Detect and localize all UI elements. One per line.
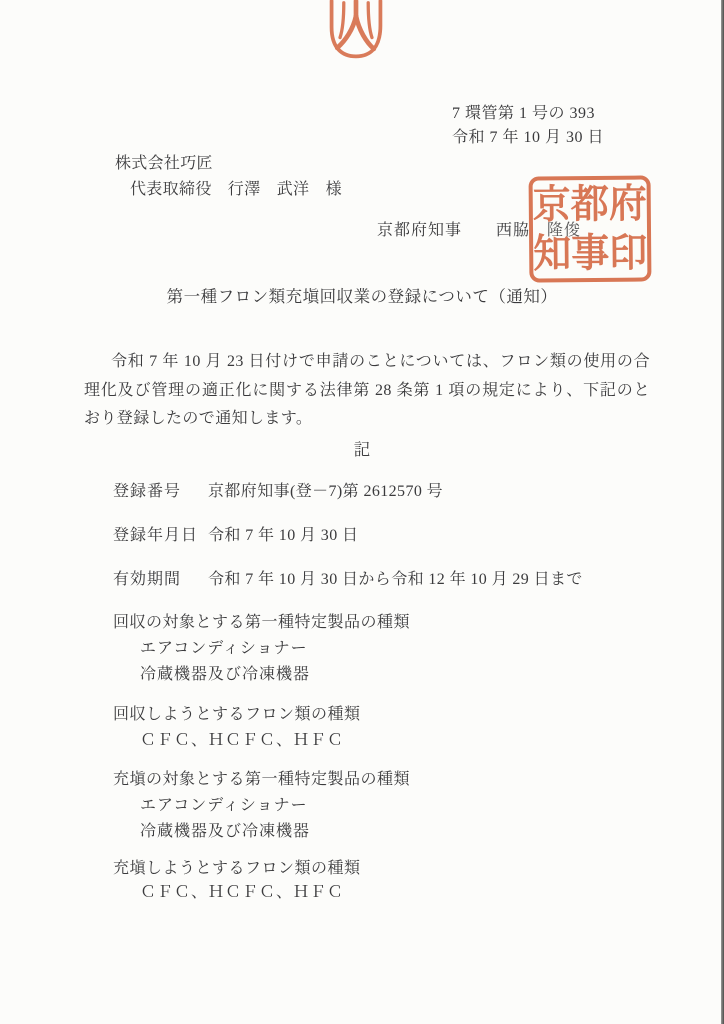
scanned-letter-page: 7 環管第 1 号の 393 令和 7 年 10 月 30 日 株式会社巧匠 代… — [0, 0, 724, 1024]
seal-char: 都 — [571, 184, 609, 224]
section-heading-filling-fluorocarbons: 充塡しようとするフロン類の種類 — [113, 855, 361, 878]
seal-char: 府 — [609, 184, 647, 224]
seal-char: 知 — [533, 234, 571, 274]
addressee-company: 株式会社巧匠 — [115, 150, 213, 173]
ki-marker: 記 — [0, 436, 724, 460]
section-item: エアコンディショナー — [140, 792, 308, 815]
field-label-registration-date: 登録年月日 — [113, 522, 198, 545]
section-heading-recovery-fluorocarbons: 回収しようとするフロン類の種類 — [113, 701, 361, 724]
seal-char: 京 — [533, 185, 571, 225]
field-value-registration-number: 京都府知事(登－7)第 2612570 号 — [208, 478, 443, 501]
section-heading-recovery-products: 回収の対象とする第一種特定製品の種類 — [113, 609, 410, 632]
document-title: 第一種フロン類充塡回収業の登録について（通知） — [0, 283, 724, 307]
section-item: 冷蔵機器及び冷凍機器 — [140, 661, 310, 684]
seal-char: 印 — [609, 233, 647, 273]
field-label-valid-period: 有効期間 — [113, 566, 181, 589]
body-paragraph: 令和 7 年 10 月 23 日付けで申請のことについては、フロン類の使用の合理… — [84, 348, 650, 434]
seal-char: 事 — [571, 233, 609, 273]
field-value-registration-date: 令和 7 年 10 月 30 日 — [208, 522, 358, 545]
doc-number: 7 環管第 1 号の 393 — [452, 102, 604, 126]
section-heading-filling-products: 充塡の対象とする第一種特定製品の種類 — [113, 766, 410, 789]
field-value-valid-period: 令和 7 年 10 月 30 日から令和 12 年 10 月 29 日まで — [208, 566, 583, 589]
field-label-registration-number: 登録番号 — [113, 478, 181, 501]
partial-tally-seal-icon — [325, 0, 387, 62]
section-item: ＣＦＣ、ＨＣＦＣ、ＨＦＣ — [140, 727, 344, 750]
doc-meta: 7 環管第 1 号の 393 令和 7 年 10 月 30 日 — [452, 102, 604, 150]
section-item: エアコンディショナー — [140, 635, 308, 658]
section-item: ＣＦＣ、ＨＣＦＣ、ＨＦＣ — [140, 879, 344, 902]
doc-date: 令和 7 年 10 月 30 日 — [452, 126, 604, 150]
official-seal: 京 都 府 知 事 印 — [529, 175, 652, 282]
section-item: 冷蔵機器及び冷凍機器 — [140, 818, 310, 841]
addressee-representative: 代表取締役 行澤 武洋 様 — [130, 176, 342, 199]
